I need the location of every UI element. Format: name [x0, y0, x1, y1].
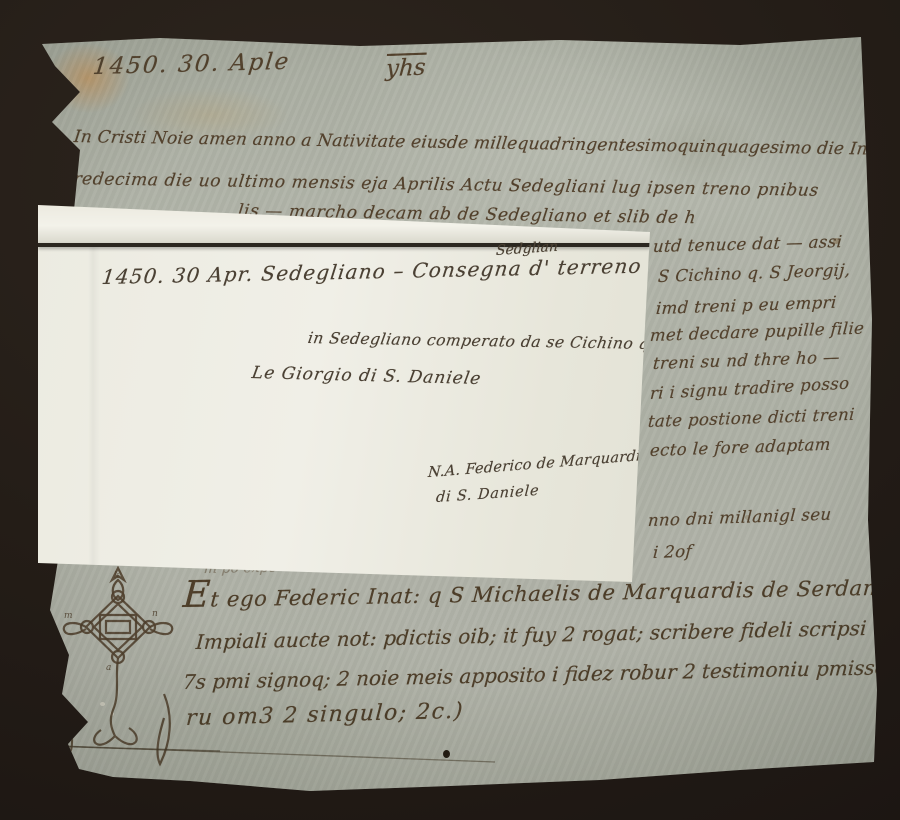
manuscript-fragment: met decdare pupille filie [649, 318, 865, 345]
ruled-guide-line [50, 738, 510, 768]
mark-letter: m [64, 611, 73, 621]
notary-closing-line: 7s pmi signoq; 2 noie meis apposito i fi… [182, 655, 900, 694]
mark-letter: a [106, 663, 111, 673]
mark-letter: k [114, 571, 119, 581]
manuscript-photo: 1450. 30. Aple yhs In Cristi Noie amen a… [0, 0, 900, 820]
slip-signature-line: di S. Daniele [435, 483, 539, 506]
manuscript-line: In Cristi Noie amen anno a Nativitate ei… [73, 127, 900, 161]
manuscript-fragment: ri i signu tradire posso [650, 374, 851, 404]
slip-title-line: 1450. 30 Apr. Sedegliano – Consegna d' t… [101, 254, 644, 289]
manuscript-fragment: nno dni millanigl seu [647, 505, 832, 530]
manuscript-fragment: i 2of [652, 542, 692, 562]
archival-slip: Sedglian 1450. 30 Apr. Sedegliano – Cons… [38, 203, 650, 585]
slip-signature-line: N.A. Federico de Marquardis [428, 448, 650, 481]
manuscript-fragment: ecto le fore adaptam [649, 435, 831, 460]
manuscript-line: tredecima die uo ultimo mensis eja April… [65, 169, 820, 201]
slip-line: in Sedegliano comperato da se Cichino q. [307, 329, 656, 353]
notary-closing-line: Impiali aucte not: pdictis oib; it fuy 2… [195, 616, 867, 654]
manuscript-fragment: imd treni p eu empri [655, 293, 837, 318]
archival-date-note: 1450. 30. Aple [92, 49, 292, 80]
knot-tail [111, 658, 118, 736]
mark-letter: n [152, 609, 158, 619]
manuscript-fragment: tate postione dicti treni [647, 405, 855, 431]
notary-closing-line: ru om3 2 singulo; 2c.) [185, 699, 465, 731]
knot-band [100, 615, 136, 639]
ihs-monogram: yhs [385, 55, 426, 82]
slip-line: Le Giorgio di S. Daniele [250, 363, 483, 389]
manuscript-fragment: S Cichino q. S Jeorgij, [657, 260, 851, 286]
manuscript-fragment: utd tenuce dat — assi [652, 232, 843, 256]
manuscript-fragment: treni su nd thre ho — [652, 347, 840, 373]
